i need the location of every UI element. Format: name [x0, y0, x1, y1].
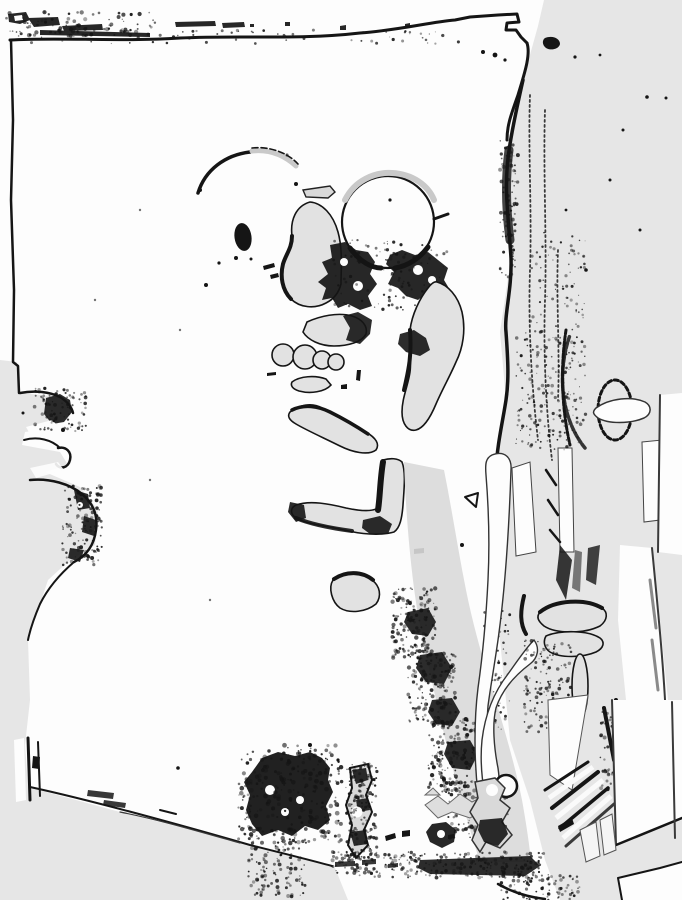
speckle-dot — [559, 435, 562, 438]
speckle-dot — [257, 810, 258, 811]
speckle-dot — [331, 850, 335, 854]
smudge-hole — [353, 281, 363, 291]
speckle-dot — [563, 288, 565, 290]
speckle-dot — [46, 402, 50, 406]
speckle-dot — [100, 535, 102, 537]
speckle-dot — [89, 507, 92, 510]
speckle-dot — [400, 856, 402, 858]
speckle-dot — [338, 840, 341, 843]
speckle-dot — [552, 367, 555, 370]
speckle-dot — [458, 787, 460, 789]
speckle-dot — [516, 375, 518, 377]
speckle-dot — [517, 871, 519, 873]
speckle-dot — [566, 887, 569, 890]
speckle-dot — [391, 876, 394, 879]
speckle-dot — [531, 267, 533, 269]
posterized-photo-canvas — [0, 0, 682, 900]
speckle-dot — [379, 251, 380, 252]
speckle-dot — [511, 191, 513, 193]
speckle-dot — [263, 875, 264, 876]
speckle-dot — [84, 543, 86, 545]
speckle-dot — [87, 496, 89, 498]
speckle-dot — [565, 285, 568, 288]
speckle-dot — [216, 33, 218, 35]
speckle-dot — [12, 30, 14, 32]
speckle-dot — [335, 856, 339, 860]
speckle-dot — [431, 869, 433, 871]
speckle-dot — [522, 875, 525, 878]
speckle-dot — [284, 35, 287, 38]
speckle-dot — [504, 851, 507, 854]
speckle-dot — [427, 42, 428, 43]
speckle-dot — [388, 296, 391, 299]
speckle-dot — [358, 871, 359, 872]
speckle-dot — [263, 794, 268, 799]
speckle-dot — [249, 832, 253, 836]
speckle-dot — [500, 140, 501, 141]
speckle-dot — [399, 647, 402, 650]
speckle-dot — [458, 824, 460, 826]
speckle-dot — [259, 891, 263, 895]
speckle-dot — [546, 392, 548, 394]
speckle-dot — [309, 811, 312, 814]
speckle-dot — [66, 510, 69, 513]
speckle-dot — [414, 711, 417, 714]
speckle-dot — [436, 657, 438, 659]
speckle-dot — [348, 803, 352, 807]
speckle-dot — [275, 894, 277, 896]
speckle-dot — [293, 789, 295, 791]
speckle-dot — [440, 861, 441, 862]
speckle-dot — [248, 797, 251, 800]
speckle-dot — [549, 683, 551, 685]
speckle-dot — [551, 356, 553, 358]
speckle-dot — [460, 756, 464, 760]
speckle-dot — [62, 397, 63, 398]
speckle-dot — [44, 411, 46, 413]
speckle-dot — [299, 880, 301, 882]
speckle-dot — [556, 891, 558, 893]
speckle-dot — [605, 721, 608, 724]
speckle-dot — [535, 713, 537, 715]
speckle-dot — [409, 861, 411, 863]
speckle-dot — [249, 812, 251, 814]
speckle-dot — [331, 858, 335, 862]
speckle-dot — [425, 874, 426, 875]
speckle-dot — [449, 735, 453, 739]
speckle-dot — [513, 876, 515, 878]
speckle-dot — [509, 159, 512, 162]
speckle-dot — [569, 686, 572, 689]
speckle-dot — [554, 644, 556, 646]
speckle-dot — [454, 711, 456, 713]
speckle-dot — [499, 711, 502, 714]
speckle-dot — [507, 146, 511, 150]
speckle-dot — [556, 254, 558, 256]
speckle-dot — [476, 871, 478, 873]
speckle-dot — [282, 758, 284, 760]
speckle-dot — [414, 670, 417, 673]
speckle-dot — [436, 753, 437, 754]
speckle-dot — [387, 853, 390, 856]
speckle-dot — [37, 388, 40, 391]
speckle-dot — [529, 677, 531, 679]
speckle-dot — [573, 352, 575, 354]
speckle-dot — [297, 765, 299, 767]
speckle-dot — [328, 813, 332, 817]
speckle-dot — [414, 652, 416, 654]
speckle-dot — [84, 528, 85, 529]
speckle-dot — [568, 409, 570, 411]
speckle-dot — [54, 392, 58, 396]
speckle-dot — [52, 24, 54, 26]
speckle-dot — [398, 589, 399, 590]
speckle-dot — [509, 700, 510, 701]
speckle-dot — [296, 745, 299, 748]
speckle-dot — [97, 525, 99, 527]
speckle-dot — [84, 514, 88, 518]
speckle-dot — [30, 41, 33, 44]
speckle-dot — [351, 239, 353, 241]
speckle-dot — [111, 43, 112, 44]
speckle-dot — [77, 427, 80, 430]
speckle-dot — [443, 670, 446, 673]
speckle-dot — [299, 875, 301, 877]
speckle-dot — [304, 809, 306, 811]
speckle-dot — [503, 186, 505, 188]
speckle-dot — [333, 743, 337, 747]
speckle-dot — [248, 837, 251, 840]
speckle-dot — [406, 870, 409, 873]
speckle-dot — [70, 526, 72, 528]
speckle-dot — [454, 735, 456, 737]
speckle-dot — [284, 843, 287, 846]
speckle-dot — [393, 859, 397, 863]
speckle-dot — [297, 770, 299, 772]
speckle-dot — [537, 730, 540, 733]
speckle-dot — [511, 245, 514, 248]
speckle-dot — [348, 839, 350, 841]
speckle-dot — [152, 19, 154, 21]
speckle-dot — [350, 812, 352, 814]
speckle-dot — [571, 235, 573, 237]
speckle-dot — [484, 861, 486, 863]
speckle-dot — [510, 155, 512, 157]
speckle-dot — [567, 423, 569, 425]
speckle-dot — [364, 784, 366, 786]
speckle-dot — [427, 719, 430, 722]
speckle-dot — [568, 369, 569, 370]
speckle-dot — [51, 420, 53, 422]
speckle-dot — [346, 810, 349, 813]
speckle-dot — [66, 25, 67, 26]
speckle-dot — [101, 526, 103, 528]
speckle-dot — [42, 394, 45, 397]
speckle-dot — [520, 354, 523, 357]
speckle-dot — [103, 28, 105, 30]
speckle-dot — [424, 702, 428, 706]
speckle-dot — [411, 601, 412, 602]
speckle-dot — [438, 679, 439, 680]
speckle-dot — [443, 853, 446, 856]
speckle-dot — [546, 695, 547, 696]
speckle-dot — [536, 251, 538, 253]
speckle-dot — [344, 867, 346, 869]
speckle-dot — [421, 854, 423, 856]
speckle-dot — [579, 364, 582, 367]
speckle-dot — [502, 191, 504, 193]
speckle-dot — [471, 757, 473, 759]
speckle-dot — [527, 394, 529, 396]
speckle-dot — [407, 677, 408, 678]
speckle-dot — [76, 24, 79, 27]
speckle-dot — [505, 863, 508, 866]
speckle-dot — [561, 665, 562, 666]
speckle-dot — [129, 42, 131, 44]
speckle-dot — [254, 42, 257, 45]
speckle-dot — [477, 876, 481, 880]
speckle-dot — [548, 883, 551, 886]
speckle-dot — [289, 773, 292, 776]
speckle-dot — [424, 247, 427, 250]
speckle-dot — [435, 874, 437, 876]
speckle-dot — [314, 790, 316, 792]
speckle-dot — [608, 718, 611, 721]
speckle-dot — [374, 307, 375, 308]
speckle-dot — [274, 770, 277, 773]
speckle-dot — [564, 890, 566, 892]
speckle-dot — [548, 874, 550, 876]
speckle-dot — [516, 439, 517, 440]
speckle-dot — [554, 283, 557, 286]
speckle-dot — [294, 867, 298, 871]
speckle-dot — [349, 842, 350, 843]
speckle-dot — [448, 792, 450, 794]
speckle-dot — [329, 751, 332, 754]
speckle-dot — [518, 419, 521, 422]
speckle-dot — [449, 777, 452, 780]
speckle-dot — [494, 679, 497, 682]
speckle-dot — [432, 624, 435, 627]
speckle-dot — [314, 786, 318, 790]
speckle-dot — [567, 297, 569, 299]
speckle-dot — [437, 719, 441, 723]
speckle-dot — [295, 830, 297, 832]
speckle-dot — [449, 757, 453, 761]
speckle-dot — [529, 320, 532, 323]
speckle-dot — [537, 641, 538, 642]
speckle-dot — [358, 772, 361, 775]
speckle-dot — [416, 663, 418, 665]
speckle-dot — [348, 857, 349, 858]
speckle-dot — [501, 272, 502, 273]
speckle-dot — [432, 755, 434, 757]
speckle-dot — [79, 29, 81, 31]
speckle-dot — [441, 741, 445, 745]
speckle-dot — [66, 524, 70, 528]
speckle-dot — [443, 785, 447, 789]
speckle-dot — [354, 833, 357, 836]
speckle-dot — [503, 648, 504, 649]
speckle-dot — [375, 247, 378, 250]
speckle-dot — [555, 880, 557, 882]
mass-hole — [296, 796, 304, 804]
speckle-dot — [501, 866, 505, 870]
speckle-dot — [350, 252, 351, 253]
scribble-hole — [437, 830, 445, 838]
speckle-dot — [231, 32, 233, 34]
speckle-dot — [454, 769, 456, 771]
speckle-dot — [511, 152, 513, 154]
speckle-dot — [406, 612, 410, 616]
speckle-dot — [466, 766, 469, 769]
speckle-dot — [367, 778, 370, 781]
speckle-dot — [49, 395, 51, 397]
speckle-dot — [294, 837, 296, 839]
speckle-dot — [529, 434, 530, 435]
speckle-dot — [511, 180, 513, 182]
speckle-dot — [605, 712, 607, 714]
speck-dot — [198, 188, 202, 192]
speckle-dot — [78, 398, 80, 400]
speckle-dot — [541, 701, 543, 703]
speckle-dot — [323, 760, 326, 763]
speckle-dot — [68, 498, 71, 501]
speckle-dot — [562, 682, 564, 684]
speckle-dot — [532, 349, 534, 351]
speckle-dot — [74, 430, 76, 432]
speckle-dot — [468, 820, 470, 822]
speckle-dot — [264, 776, 268, 780]
speckle-dot — [61, 406, 63, 408]
speckle-dot — [395, 252, 398, 255]
speckle-dot — [428, 765, 429, 766]
speckle-dot — [249, 758, 252, 761]
speckle-dot — [581, 314, 584, 317]
speckle-dot — [453, 738, 455, 740]
speckle-dot — [379, 872, 381, 874]
speckle-dot — [65, 392, 67, 394]
speckle-dot — [515, 443, 516, 444]
speckle-dot — [525, 730, 528, 733]
speckle-dot — [363, 871, 367, 875]
speckle-dot — [348, 792, 351, 795]
speckle-dot — [335, 275, 337, 277]
speckle-dot — [392, 615, 394, 617]
speckle-dot — [262, 889, 264, 891]
speckle-dot — [502, 251, 505, 254]
speckle-dot — [452, 869, 455, 872]
speckle-dot — [550, 680, 552, 682]
speckle-dot — [72, 487, 74, 489]
smudge-hole — [413, 265, 423, 275]
speckle-dot — [346, 871, 349, 874]
speckle-dot — [546, 673, 548, 675]
speckle-dot — [343, 278, 346, 281]
speckle-dot — [423, 640, 426, 643]
speckle-dot — [275, 879, 279, 883]
speckle-dot — [475, 797, 477, 799]
speckle-dot — [506, 194, 510, 198]
speckle-dot — [446, 751, 450, 755]
speckle-dot — [516, 180, 519, 183]
speckle-dot — [61, 548, 64, 551]
speckle-dot — [559, 887, 562, 890]
speckle-dot — [256, 795, 258, 797]
speckle-dot — [420, 662, 422, 664]
speckle-dot — [305, 842, 307, 844]
speckle-dot — [442, 755, 444, 757]
speckle-dot — [573, 399, 576, 402]
speckle-dot — [370, 858, 373, 861]
speckle-dot — [435, 31, 436, 32]
speckle-dot — [302, 805, 304, 807]
speckle-dot — [266, 815, 269, 818]
speckle-dot — [80, 555, 83, 558]
speckle-dot — [397, 632, 400, 635]
eye-inner-dot — [388, 198, 391, 201]
speckle-dot — [48, 13, 50, 15]
speckle-dot — [434, 716, 437, 719]
speckle-dot — [505, 624, 507, 626]
speckle-dot — [353, 768, 357, 772]
speckle-dot — [530, 654, 533, 657]
speckle-dot — [354, 830, 355, 831]
speckle-dot — [83, 27, 87, 31]
speckle-dot — [389, 36, 390, 37]
speckle-dot — [525, 640, 527, 642]
speckle-dot — [166, 42, 169, 45]
speckle-dot — [244, 818, 246, 820]
speckle-dot — [411, 630, 415, 634]
speckle-dot — [300, 749, 302, 751]
speckle-dot — [412, 853, 416, 857]
speckle-dot — [444, 770, 445, 771]
speckle-dot — [288, 883, 290, 885]
speckle-dot — [87, 531, 88, 532]
speckle-dot — [375, 770, 378, 773]
speckle-dot — [288, 754, 290, 756]
speckle-dot — [415, 857, 417, 859]
speckle-dot — [553, 648, 555, 650]
speckle-dot — [600, 757, 602, 759]
speckle-dot — [352, 764, 353, 765]
speckle-dot — [470, 857, 472, 859]
speckle-dot — [332, 259, 335, 262]
speckle-dot — [511, 260, 512, 261]
speckle-dot — [75, 533, 77, 535]
speckle-dot — [87, 501, 88, 502]
speckle-dot — [547, 892, 549, 894]
speckle-dot — [534, 666, 537, 669]
speckle-dot — [419, 596, 421, 598]
speckle-dot — [80, 402, 81, 403]
speckle-dot — [81, 528, 83, 530]
speckle-dot — [365, 819, 367, 821]
speckle-dot — [426, 593, 429, 596]
speckle-dot — [544, 660, 547, 663]
speckle-dot — [406, 616, 409, 619]
speckle-dot — [452, 750, 456, 754]
speckle-dot — [258, 888, 260, 890]
speckle-dot — [410, 656, 412, 658]
speckle-dot — [529, 692, 531, 694]
speckle-dot — [338, 851, 340, 853]
speckle-dot — [82, 34, 85, 37]
speckle-dot — [361, 856, 363, 858]
speckle-dot — [441, 671, 443, 673]
speckle-dot — [309, 758, 312, 761]
